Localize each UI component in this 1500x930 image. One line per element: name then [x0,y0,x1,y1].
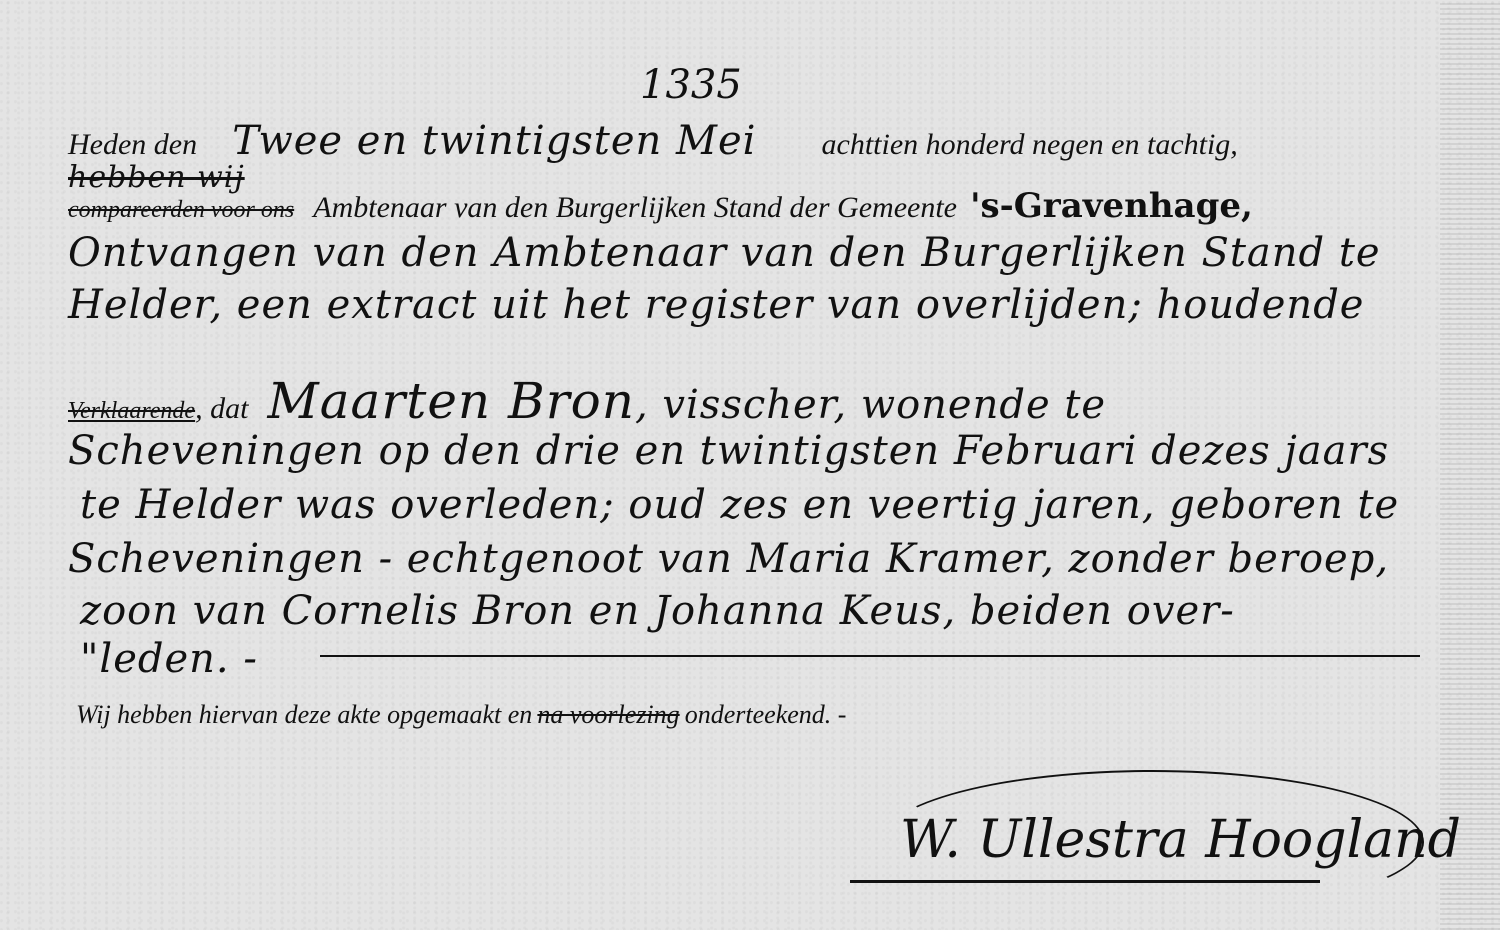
line-9: Scheveningen - echtgenoot van Maria Kram… [68,536,1389,582]
official-signature: W. Ullestra Hoogland [900,810,1461,870]
signature-underline [850,880,1320,883]
line-6: Verklaarende, dat Maarten Bron, visscher… [68,372,1106,430]
printed-closing-a: Wij hebben hiervan deze akte opgemaakt e… [76,700,532,729]
struck-verklaarende: Verklaarende [68,398,195,424]
occupation-residence: , visscher, wonende te [635,382,1106,428]
line-3: compareerden voor ons Ambtenaar van den … [68,186,1253,226]
line-12: Wij hebben hiervan deze akte opgemaakt e… [76,700,846,730]
printed-closing-b: onderteekend. - [685,700,847,729]
deceased-name: Maarten Bron [268,372,635,430]
line-10: zoon van Cornelis Bron en Johanna Keus, … [80,588,1235,634]
fill-line [320,655,1420,657]
line-8: te Helder was overleden; oud zes en veer… [80,482,1399,528]
date-handwritten: Twee en twintigsten Mei [232,118,756,164]
document-page: 1335 Heden den Twee en twintigsten Mei a… [0,0,1500,930]
municipality-name: 's-Gravenhage, [970,186,1253,226]
printed-dat: , dat [195,392,248,425]
line-7: Scheveningen op den drie en twintigsten … [68,428,1389,474]
printed-year: achttien honderd negen en tachtig, [822,128,1238,161]
printed-ambtenaar: Ambtenaar van den Burgerlijken Stand der… [313,191,957,224]
line-5: Helder, een extract uit het register van… [68,282,1364,328]
line-11: "leden. - [80,636,258,682]
struck-na-voorlezing: na voorlezing [537,700,679,729]
scan-edge [1440,0,1500,930]
struck-compareerden: compareerden voor ons [68,197,294,223]
line-4: Ontvangen van den Ambtenaar van den Burg… [68,230,1381,276]
line-1: Heden den Twee en twintigsten Mei achtti… [68,118,1238,164]
record-number: 1335 [640,62,742,108]
printed-heden-den: Heden den [68,128,197,161]
